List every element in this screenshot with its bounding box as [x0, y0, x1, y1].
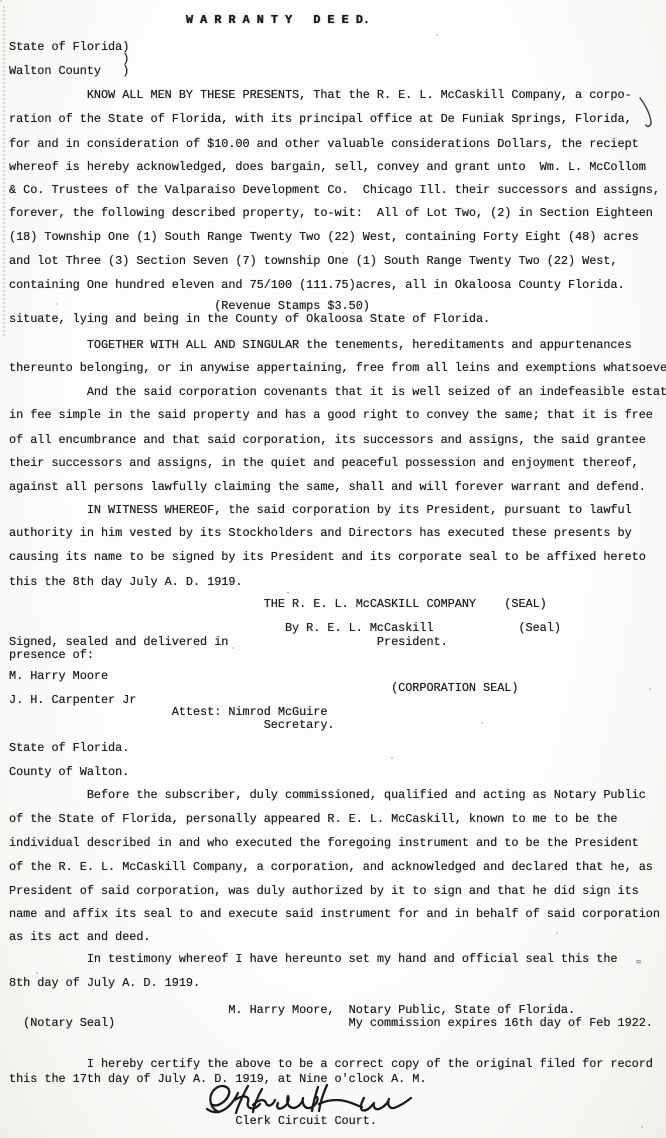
doc-line: And the said corporation covenants that …	[9, 385, 666, 399]
doc-line: of all encumbrance and that said corpora…	[9, 433, 646, 447]
doc-line: authority in him vested by its Stockhold…	[9, 526, 632, 540]
doc-line: (18) Township One (1) South Range Twenty…	[9, 230, 639, 244]
doc-line: situate, lying and being in the County o…	[9, 312, 490, 326]
doc-line: & Co. Trustees of the Valparaiso Develop…	[9, 183, 660, 197]
doc-line: individual described in and who executed…	[9, 836, 639, 850]
scan-speckle-artifact	[0, 0, 2, 2]
doc-line: TOGETHER WITH ALL AND SINGULAR the tenem…	[9, 338, 632, 352]
witness-header-line: Signed, sealed and delivered in Presiden…	[9, 635, 448, 649]
doc-line: IN WITNESS WHEREOF, the said corporation…	[9, 503, 632, 517]
doc-line: name and affix its seal to and execute s…	[9, 907, 660, 921]
jurat-county-line: Walton County )	[9, 64, 129, 78]
doc-line: KNOW ALL MEN BY THESE PRESENTS, That the…	[9, 88, 632, 102]
revenue-stamps-line: (Revenue Stamps $3.50)	[9, 299, 370, 313]
margin-check-mark	[638, 96, 660, 130]
witness-header-line2: presence of:	[9, 648, 94, 662]
doc-line: Before the subscriber, duly commissioned…	[9, 788, 646, 802]
certification-line: I hereby certify the above to be a corre…	[9, 1057, 653, 1071]
doc-line: in fee simple in the said property and h…	[9, 408, 653, 422]
doc-line: of the State of Florida, personally appe…	[9, 812, 618, 826]
doc-line: President of said corporation, was duly …	[9, 884, 639, 898]
corporate-signature-line: THE R. E. L. McCASKILL COMPANY (SEAL)	[9, 597, 547, 611]
doc-line: as its act and deed.	[9, 930, 151, 944]
attest-line: Attest: Nimrod McGuire	[9, 705, 327, 719]
doc-line: causing its name to be signed by its Pre…	[9, 550, 646, 564]
doc-line: In testimony whereof I have hereunto set…	[9, 952, 618, 966]
doc-line: and lot Three (3) Section Seven (7) town…	[9, 254, 618, 268]
scan-edge-artifact	[3, 6, 5, 336]
deed-document-page: W A R R A N T Y D E E D. State of Florid…	[0, 0, 666, 1138]
doc-line: forever, the following described propert…	[9, 206, 653, 220]
doc-line: thereunto belonging, or in anywise apper…	[9, 361, 666, 375]
doc-line: containing One hundred eleven and 75/100…	[9, 278, 625, 292]
execution-date-line: this the 8th day July A. D. 1919.	[9, 575, 243, 589]
president-signature-line: By R. E. L. McCaskill (Seal)	[9, 621, 561, 635]
corner-pencil-mark: ≈	[635, 957, 643, 969]
notary-county-line: County of Walton.	[9, 765, 129, 779]
notary-signature-line: M. Harry Moore, Notary Public, State of …	[9, 1003, 575, 1017]
doc-line: for and in consideration of $10.00 and o…	[9, 137, 639, 151]
doc-line: whereof is hereby acknowledged, does bar…	[9, 160, 646, 174]
notary-seal-line: (Notary Seal) My commission expires 16th…	[9, 1016, 653, 1030]
notary-state-line: State of Florida.	[9, 741, 129, 755]
notary-date-line: 8th day of July A. D. 1919.	[9, 976, 200, 990]
clerk-signature	[205, 1082, 423, 1118]
doc-line: ration of the State of Florida, with its…	[9, 112, 632, 126]
secretary-line: Secretary.	[9, 718, 334, 732]
doc-line: of the R. E. L. McCaskill Company, a cor…	[9, 860, 653, 874]
document-title: W A R R A N T Y D E E D.	[9, 13, 370, 27]
doc-line: against all persons lawfully claiming th…	[9, 480, 646, 494]
doc-line: their successors and assigns, in the qui…	[9, 456, 639, 470]
